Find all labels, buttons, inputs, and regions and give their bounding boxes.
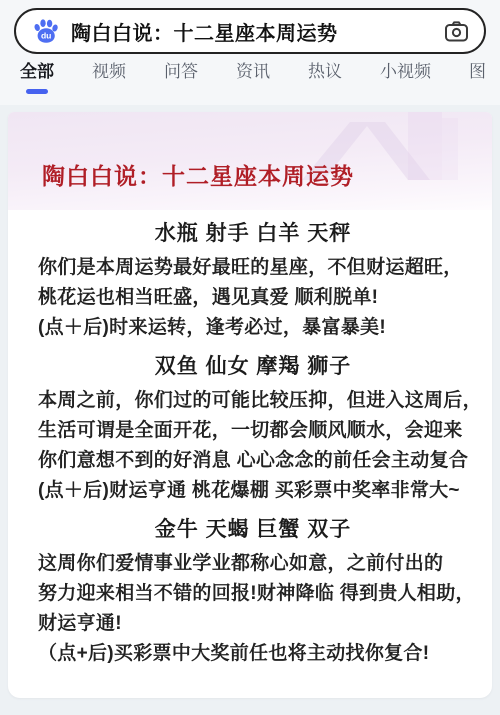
image-body: 水瓶 射手 白羊 天秤 你们是本周运势最好最旺的星座，不但财运超旺， 桃花运也相… <box>8 210 492 669</box>
tab-news-label: 资讯 <box>236 62 270 81</box>
tab-qa-label: 问答 <box>164 62 198 81</box>
tab-news[interactable]: 资讯 <box>236 54 270 99</box>
fortune-line: （点+后)买彩票中大奖前任也将主动找你复合! <box>38 639 468 669</box>
zodiac-section-1: 水瓶 射手 白羊 天秤 你们是本周运势最好最旺的星座，不但财运超旺， 桃花运也相… <box>38 219 468 343</box>
fortune-line: 本周之前，你们过的可能比较压抑，但进入这周后， <box>38 386 468 416</box>
tab-short-video[interactable]: 小视频 <box>380 54 431 99</box>
tab-qa[interactable]: 问答 <box>164 54 198 99</box>
fortune-line: 生活可谓是全面开花，一切都会顺风顺水，会迎来 <box>38 416 468 446</box>
camera-icon[interactable] <box>443 18 470 45</box>
tab-images-label: 图 <box>469 62 486 81</box>
tab-video[interactable]: 视频 <box>92 54 126 99</box>
fortune-line: 你们意想不到的好消息 心心念念的前任会主动复合 <box>38 446 468 476</box>
search-bar[interactable]: du 陶白白说：十二星座本周运势 <box>14 8 486 54</box>
zodiac-section-2: 双鱼 仙女 摩羯 狮子 本周之前，你们过的可能比较压抑，但进入这周后， 生活可谓… <box>38 352 468 506</box>
zodiac-group-heading: 双鱼 仙女 摩羯 狮子 <box>38 352 468 382</box>
fortune-line: 你们是本周运势最好最旺的星座，不但财运超旺， <box>38 253 468 283</box>
fortune-line: 努力迎来相当不错的回报!财神降临 得到贵人相助， <box>38 579 468 609</box>
baidu-search-results-screen: du 陶白白说：十二星座本周运势 全部 视频 问答 <box>0 0 500 715</box>
baidu-paw-logo-icon: du <box>32 17 60 45</box>
search-header: du 陶白白说：十二星座本周运势 全部 视频 问答 <box>0 0 500 105</box>
tab-hot[interactable]: 热议 <box>308 54 342 99</box>
fortune-line: (点＋后)财运亨通 桃花爆棚 买彩票中奖率非常大~ <box>38 476 468 506</box>
tab-all[interactable]: 全部 <box>20 54 54 99</box>
fortune-line: 财运亨通! <box>38 609 468 639</box>
zodiac-section-3: 金牛 天蝎 巨蟹 双子 这周你们爱情事业学业都称心如意，之前付出的 努力迎来相当… <box>38 515 468 669</box>
tab-short-video-label: 小视频 <box>380 62 431 81</box>
image-title: 陶白白说：十二星座本周运势 <box>42 158 354 191</box>
search-query-text[interactable]: 陶白白说：十二星座本周运势 <box>71 17 443 46</box>
fortune-line: 这周你们爱情事业学业都称心如意，之前付出的 <box>38 549 468 579</box>
zodiac-group-heading: 水瓶 射手 白羊 天秤 <box>38 219 468 249</box>
svg-text:du: du <box>41 31 52 41</box>
active-tab-underline <box>26 89 48 94</box>
fortune-line: 桃花运也相当旺盛，遇见真爱 顺利脱单! <box>38 283 468 313</box>
result-tabs: 全部 视频 问答 资讯 热议 小视频 <box>0 54 500 99</box>
tab-all-label: 全部 <box>20 62 54 81</box>
zodiac-group-heading: 金牛 天蝎 巨蟹 双子 <box>38 515 468 545</box>
tab-video-label: 视频 <box>92 62 126 81</box>
result-image-card[interactable]: 陶白白说：十二星座本周运势 水瓶 射手 白羊 天秤 你们是本周运势最好最旺的星座… <box>8 112 492 698</box>
results-content: 陶白白说：十二星座本周运势 水瓶 射手 白羊 天秤 你们是本周运势最好最旺的星座… <box>0 105 500 715</box>
image-header: 陶白白说：十二星座本周运势 <box>8 112 492 210</box>
tab-hot-label: 热议 <box>308 62 342 81</box>
tab-images[interactable]: 图 <box>469 54 486 99</box>
fortune-line: (点＋后)时来运转，逢考必过，暴富暴美! <box>38 313 468 343</box>
